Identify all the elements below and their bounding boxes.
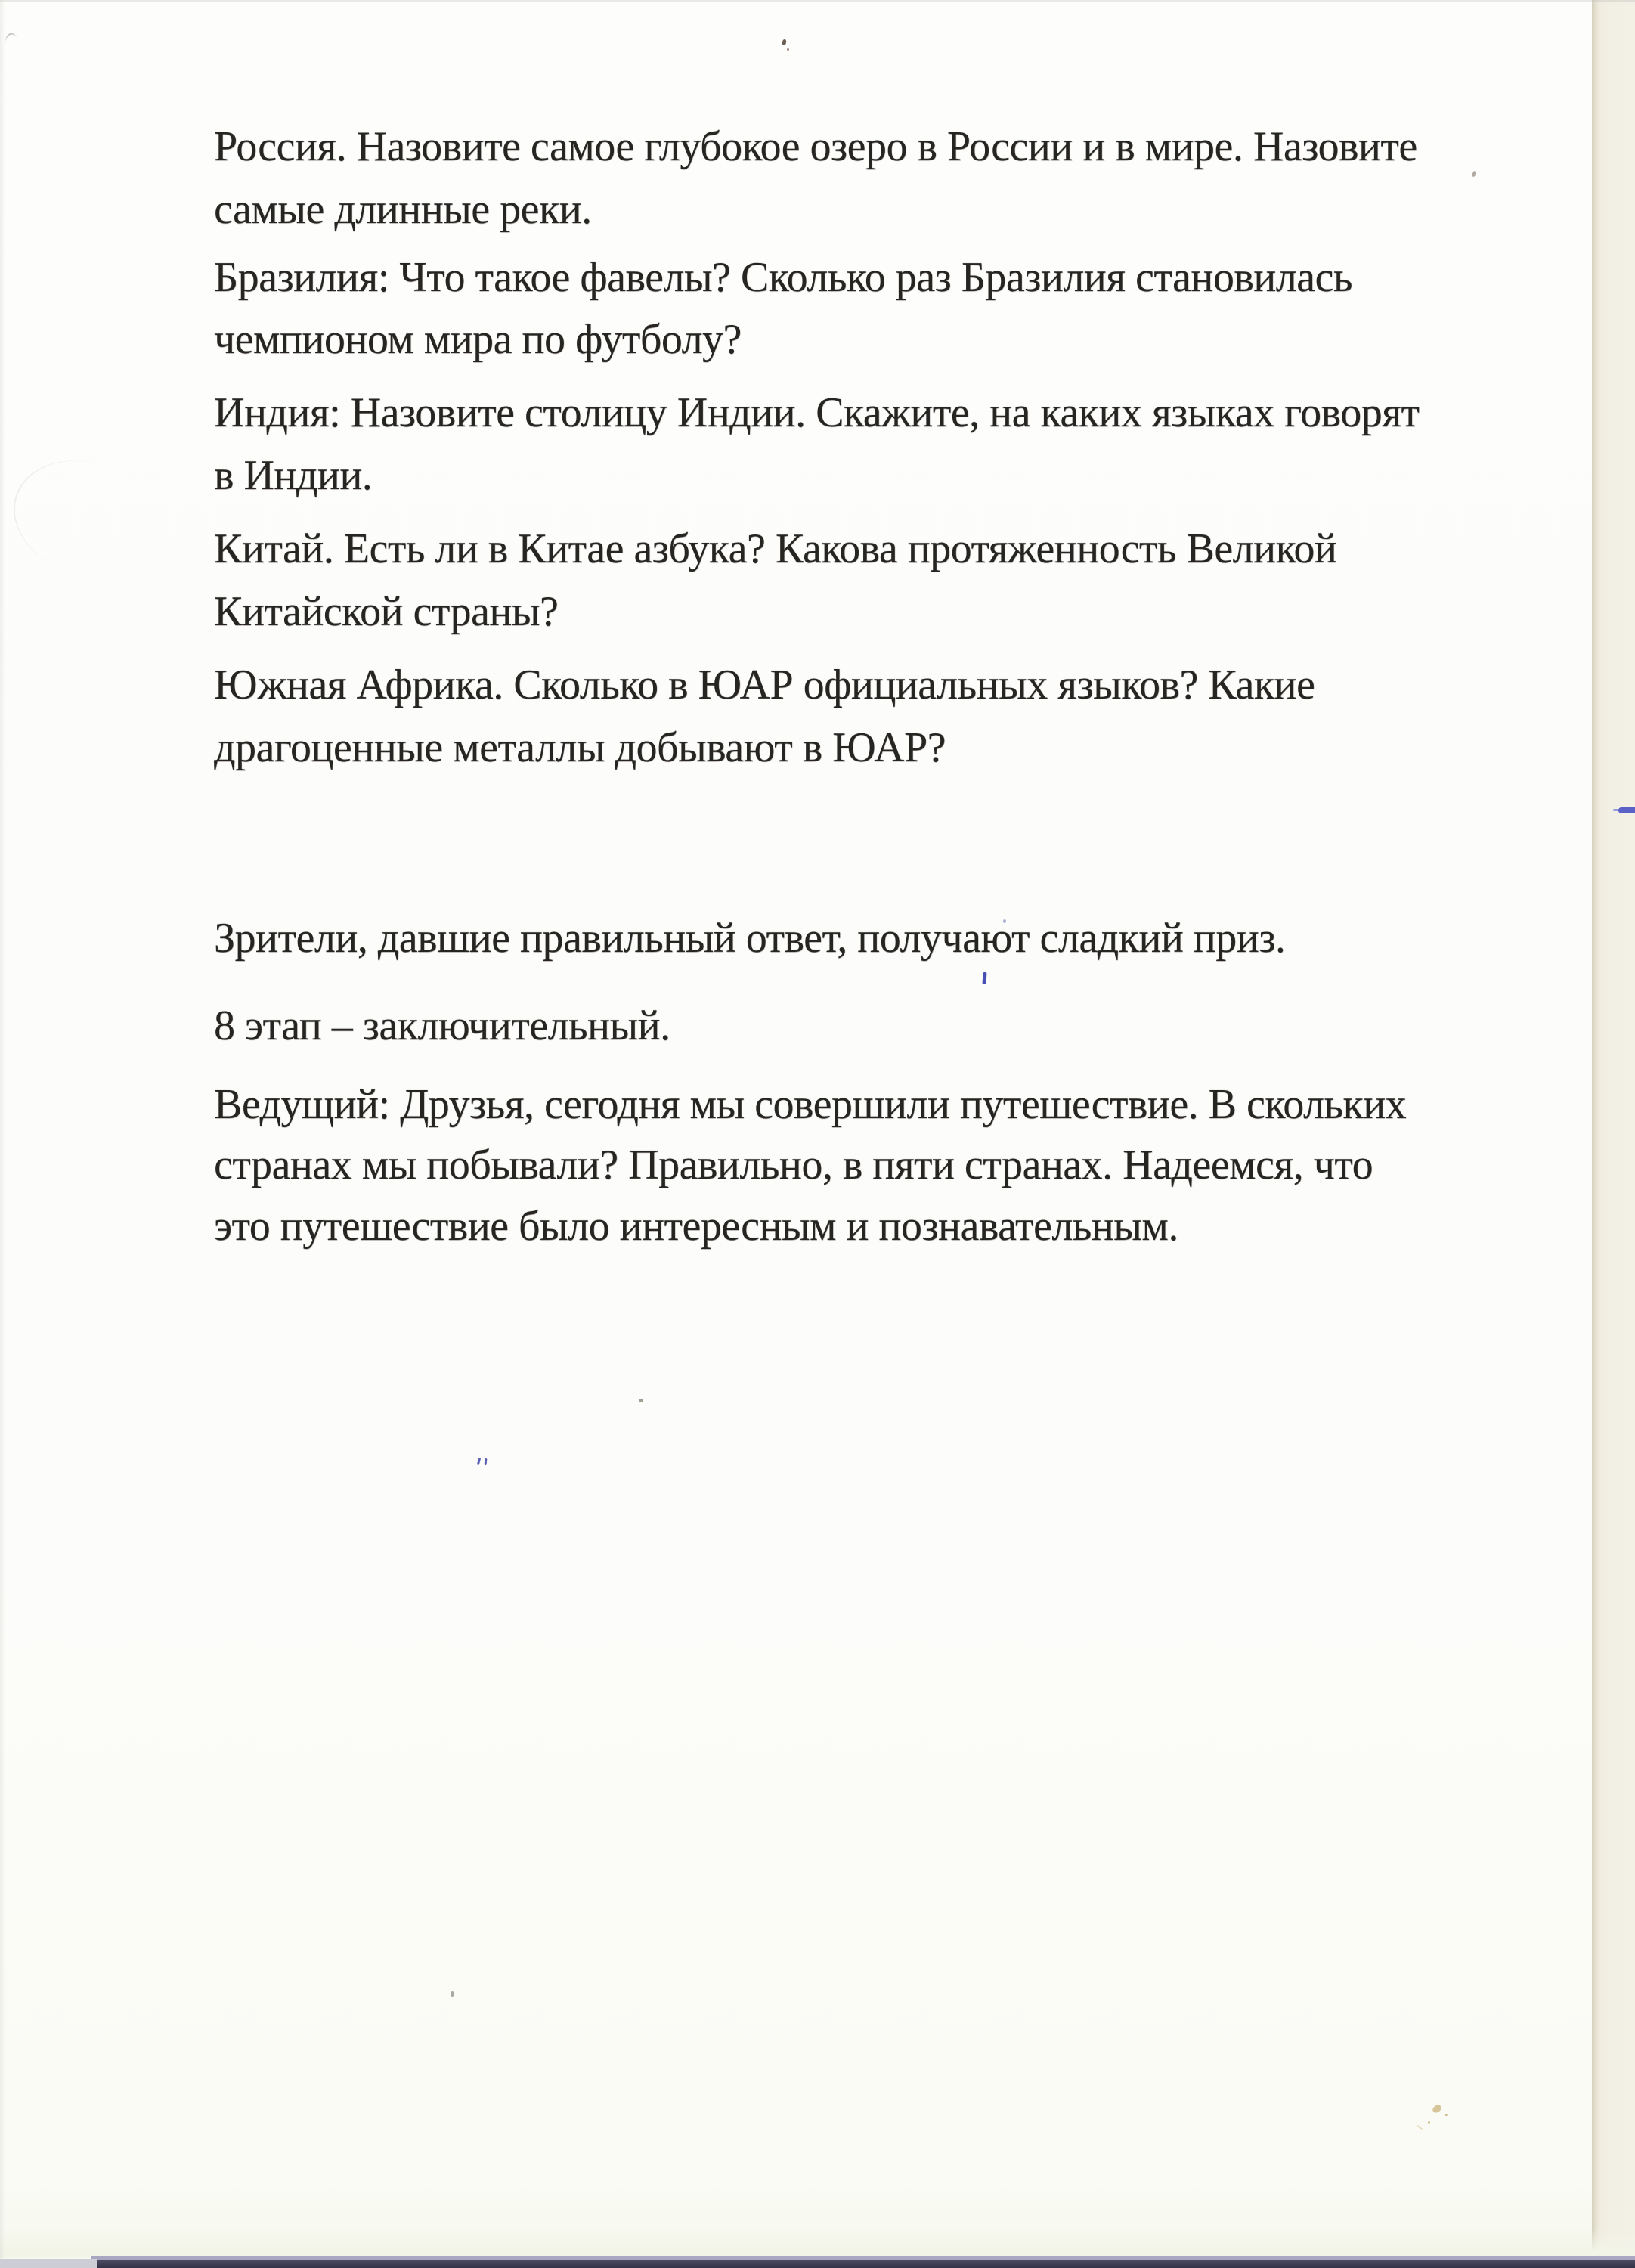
paragraph-8-line-2: странах мы побывали? Правильно, в пяти с… — [214, 1141, 1373, 1189]
paragraph-8-line-1: Ведущий: Друзья, сегодня мы совершили пу… — [214, 1080, 1406, 1129]
left-edge-noise — [0, 0, 5, 2260]
beige-stain-main — [1432, 2104, 1443, 2114]
bottom-shading — [0, 2229, 1635, 2257]
paragraph-5-line-1: Южная Африка. Сколько в ЮАР официальных … — [214, 661, 1315, 709]
beige-stain-tail — [1417, 2125, 1423, 2130]
paragraph-4-line-1: Китай. Есть ли в Китае азбука? Какова пр… — [214, 525, 1336, 573]
beige-stain-satellite-2 — [1428, 2121, 1430, 2124]
gray-speck-bottom — [451, 1991, 454, 1997]
blue-pen-tick-right — [485, 1458, 488, 1465]
paragraph-2-line-2: чемпионом мира по футболу? — [214, 315, 742, 364]
paper-crease-mark — [0, 442, 113, 575]
top-edge-noise — [0, 0, 1635, 2]
paragraph-1-line-1: Россия. Назовите самое глубокое озеро в … — [214, 122, 1417, 171]
beige-stain-satellite-1 — [1445, 2114, 1448, 2116]
paragraph-6-line-1: Зрители, давшие правильный ответ, получа… — [214, 914, 1285, 962]
ink-speck-top — [782, 39, 786, 46]
ink-speck-top-dot — [787, 48, 789, 51]
comma-speck-line1 — [1472, 171, 1476, 178]
paragraph-3-line-2: в Индии. — [214, 451, 372, 500]
paragraph-5-line-2: драгоценные металлы добывают в ЮАР? — [214, 723, 946, 772]
blue-pen-dash-right-edge-core — [1618, 807, 1635, 813]
blue-dot-faint — [1003, 919, 1006, 923]
blue-pen-tick-left — [477, 1458, 481, 1465]
gray-speck-mid — [638, 1398, 643, 1403]
paragraph-7-line-1: 8 этап – заключительный. — [214, 1002, 670, 1050]
scanner-bed-line-left — [0, 2259, 97, 2268]
paragraph-3-line-1: Индия: Назовите столицу Индии. Скажите, … — [214, 389, 1419, 437]
paragraph-2-line-1: Бразилия: Что такое фавелы? Сколько раз … — [214, 253, 1352, 302]
paragraph-1-line-2: самые длинные реки. — [214, 185, 592, 234]
scanner-bed-line-dark — [97, 2260, 1635, 2268]
paragraph-8-line-3: это путешествие было интересным и познав… — [214, 1202, 1178, 1250]
blue-pen-dash-vertical — [982, 972, 986, 984]
scanned-document-page: Россия. Назовите самое глубокое озеро в … — [0, 0, 1635, 2268]
page-edge-strip — [1592, 0, 1635, 2256]
scan-squiggle-top-left — [4, 32, 18, 44]
paragraph-4-line-2: Китайской страны? — [214, 587, 558, 636]
